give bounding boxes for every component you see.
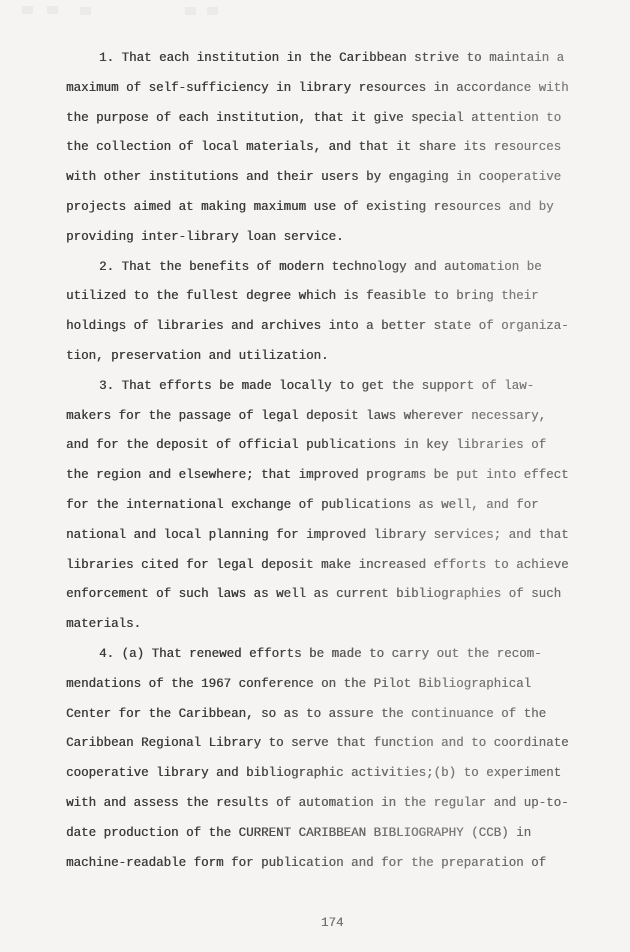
document-text: 1. That each institution in the Caribbea…: [66, 44, 591, 878]
scan-artifact: [22, 6, 33, 14]
scan-artifact: [47, 6, 58, 14]
page-number: 174: [321, 916, 344, 930]
paragraph-1: 1. That each institution in the Caribbea…: [66, 44, 591, 253]
paragraph-2: 2. That the benefits of modern technolog…: [66, 253, 591, 372]
scan-artifact: [80, 7, 91, 15]
scanned-page: 1. That each institution in the Caribbea…: [0, 0, 630, 952]
paragraph-3: 3. That efforts be made locally to get t…: [66, 372, 591, 640]
paragraph-4: 4. (a) That renewed efforts be made to c…: [66, 640, 591, 878]
scan-artifact: [207, 7, 218, 15]
scan-artifact: [185, 7, 196, 15]
